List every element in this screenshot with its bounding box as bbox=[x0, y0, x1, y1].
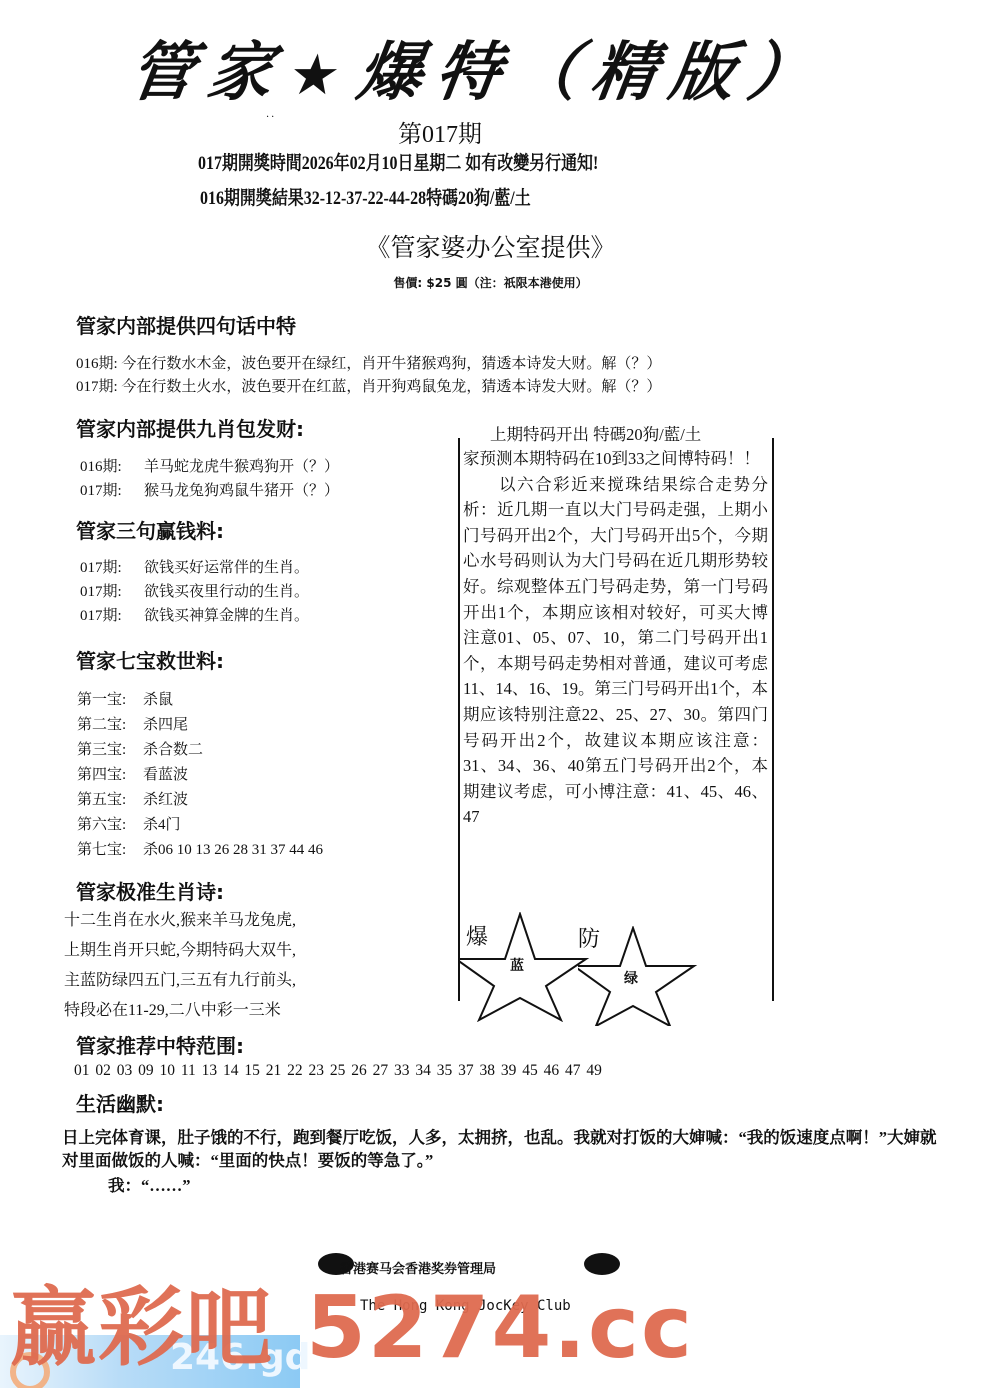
analysis-paragraph-1: 家预测本期特码在10到33之间博特码！！ bbox=[463, 446, 768, 472]
section-title-humor: 生活幽默: bbox=[76, 1088, 164, 1117]
nine-zodiac-line: 017期:猴马龙兔狗鸡鼠牛猪开（？） bbox=[80, 479, 339, 500]
section-title-four-sentences: 管家内部提供四句话中特 bbox=[76, 310, 296, 339]
masthead-part-1: 管家 bbox=[125, 36, 291, 110]
masthead-part-3: （精版） bbox=[509, 36, 831, 110]
nine-zodiac-line: 016期:羊马蛇龙虎牛猴鸡狗开（？） bbox=[80, 455, 339, 476]
three-lines-item: 017期:欲钱买夜里行动的生肖。 bbox=[80, 580, 309, 601]
treasure-item: 第五宝:杀红波 bbox=[77, 788, 188, 809]
star-icon-blue bbox=[460, 912, 590, 1022]
analysis-paragraph-2: 以六合彩近来搅珠结果综合走势分析：近几期一直以大门号码走强，上期小门号码开出2个… bbox=[463, 472, 768, 830]
humor-text: 日上完体育课，肚子饿的不行，跑到餐厅吃饭，人多，太拥挤，也乱。我就对打饭的大婶喊… bbox=[62, 1126, 942, 1172]
star-icon: ★ bbox=[285, 43, 358, 108]
section-title-three-lines: 管家三句赢钱料: bbox=[76, 515, 224, 544]
star-inner-blue: 蓝 bbox=[510, 955, 524, 975]
treasure-item: 第四宝:看蓝波 bbox=[77, 763, 188, 784]
issue-number: 第017期 bbox=[398, 114, 482, 149]
treasure-item: 第七宝:杀06 10 13 26 28 31 37 44 46 bbox=[77, 838, 323, 859]
treasure-item: 第六宝:杀4门 bbox=[77, 813, 181, 834]
analysis-text: 家预测本期特码在10到33之间博特码！！ 以六合彩近来搅珠结果综合走势分析：近几… bbox=[463, 446, 768, 830]
analysis-first-line: 上期特码开出 特碼20狗/藍/土 bbox=[464, 421, 774, 445]
recommend-numbers: 01 02 03 09 10 11 13 14 15 21 22 23 25 2… bbox=[74, 1062, 602, 1080]
poem-line: 特段必在11-29,二八中彩一三米 bbox=[64, 997, 281, 1020]
masthead-title: 管家★爆特（精版） bbox=[124, 28, 837, 118]
poem-line: 上期生肖开只蛇,今期特码大双牛, bbox=[64, 937, 296, 960]
decorative-dots: ·· bbox=[266, 112, 276, 123]
poem-line: 主蓝防绿四五门,三五有九行前头, bbox=[64, 967, 296, 990]
masthead-part-2: 爆特 bbox=[353, 36, 519, 110]
humor-reply: 我：“……” bbox=[108, 1172, 191, 1196]
hkjc-logo-icon bbox=[584, 1253, 620, 1275]
watermark-main: 赢彩吧 5274.cc bbox=[10, 1278, 694, 1378]
treasure-item: 第二宝:杀四尾 bbox=[77, 713, 188, 734]
poem-line: 十二生肖在水火,猴来羊马龙兔虎, bbox=[64, 907, 296, 930]
section-title-poem: 管家极准生肖诗: bbox=[76, 876, 224, 905]
section-title-nine-zodiac: 管家内部提供九肖包发财: bbox=[76, 413, 304, 442]
treasure-item: 第一宝:杀鼠 bbox=[77, 688, 173, 709]
section-title-seven-treasures: 管家七宝救世料: bbox=[76, 645, 224, 674]
four-sentence-line: 017期: 今在行数土火水，波色要开在红蓝，肖开狗鸡鼠兔龙，猜透本诗发大财。解（… bbox=[76, 375, 661, 396]
provider-line: 《管家婆办公室提供》 bbox=[0, 228, 981, 264]
footer-org-cn: 香港赛马会香港奖券管理局 bbox=[340, 1258, 496, 1277]
star-inner-green: 绿 bbox=[624, 968, 638, 988]
three-lines-item: 017期:欲钱买神算金牌的生肖。 bbox=[80, 604, 309, 625]
section-title-recommend: 管家推荐中特范围: bbox=[76, 1030, 244, 1059]
draw-time: 017期開獎時間2026年02月10日星期二 如有改變另行通知! bbox=[198, 148, 598, 175]
price-note: 售價: $25 圓（注：祇限本港使用） bbox=[0, 274, 981, 291]
three-lines-item: 017期:欲钱买好运常伴的生肖。 bbox=[80, 556, 309, 577]
star-icon-green bbox=[578, 926, 698, 1026]
four-sentence-line: 016期: 今在行数水木金，波色要开在绿红，肖开牛猪猴鸡狗，猜透本诗发大财。解（… bbox=[76, 352, 661, 373]
last-result: 016期開獎結果32-12-37-22-44-28特碼20狗/藍/土 bbox=[200, 183, 531, 210]
treasure-item: 第三宝:杀合数二 bbox=[77, 738, 203, 759]
